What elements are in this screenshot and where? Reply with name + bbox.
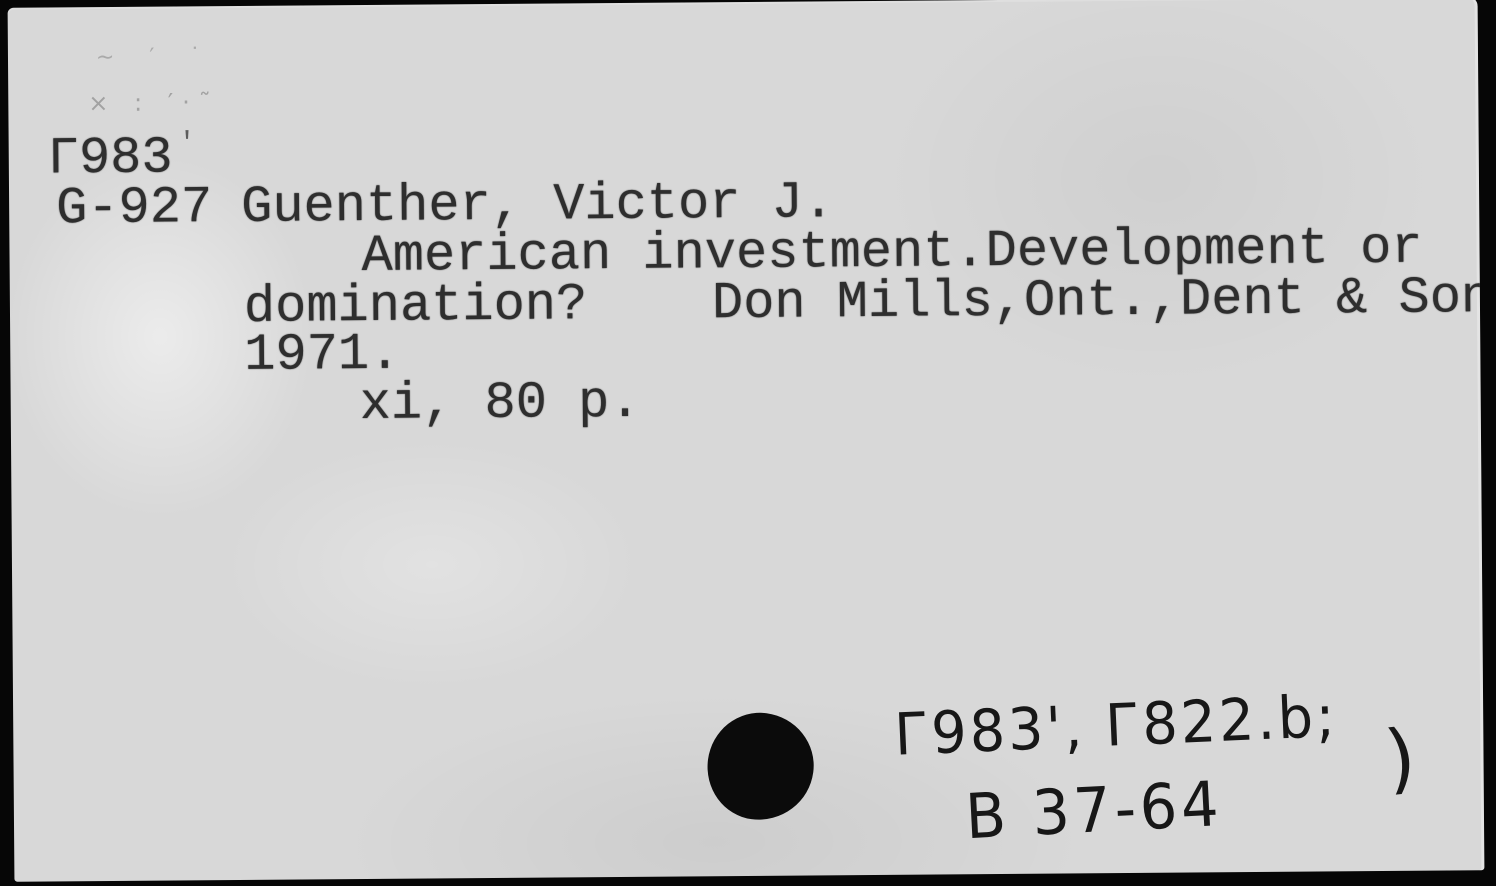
pencil-marks-row1: ~ ′ ˙ [96, 44, 215, 70]
handwritten-classification-line2: В 37-64 [964, 767, 1224, 853]
scanned-page-background: { "document_type": "library-catalog-card… [0, 0, 1496, 886]
call-number-line1: Г983 [48, 132, 173, 185]
pencil-marks-row2: × : ′·˜ [88, 88, 220, 117]
catalog-card: ~ ′ ˙ × : ′·˜ Г983 ' G-927 Guenther, Vic… [8, 0, 1485, 882]
handwritten-paren-mark: ) [1381, 711, 1420, 803]
handwritten-classification-line1: Г983', Г822.b; [893, 682, 1339, 769]
call-number-line2: G-927 [56, 182, 212, 235]
collation-pagination: xi, 80 p. [360, 377, 641, 431]
hole-punch-dot [701, 706, 820, 826]
title-line2-imprint: domination? Don Mills,Ont.,Dent & Sons [244, 272, 1485, 334]
call-number-tick-mark: ' [179, 128, 196, 159]
